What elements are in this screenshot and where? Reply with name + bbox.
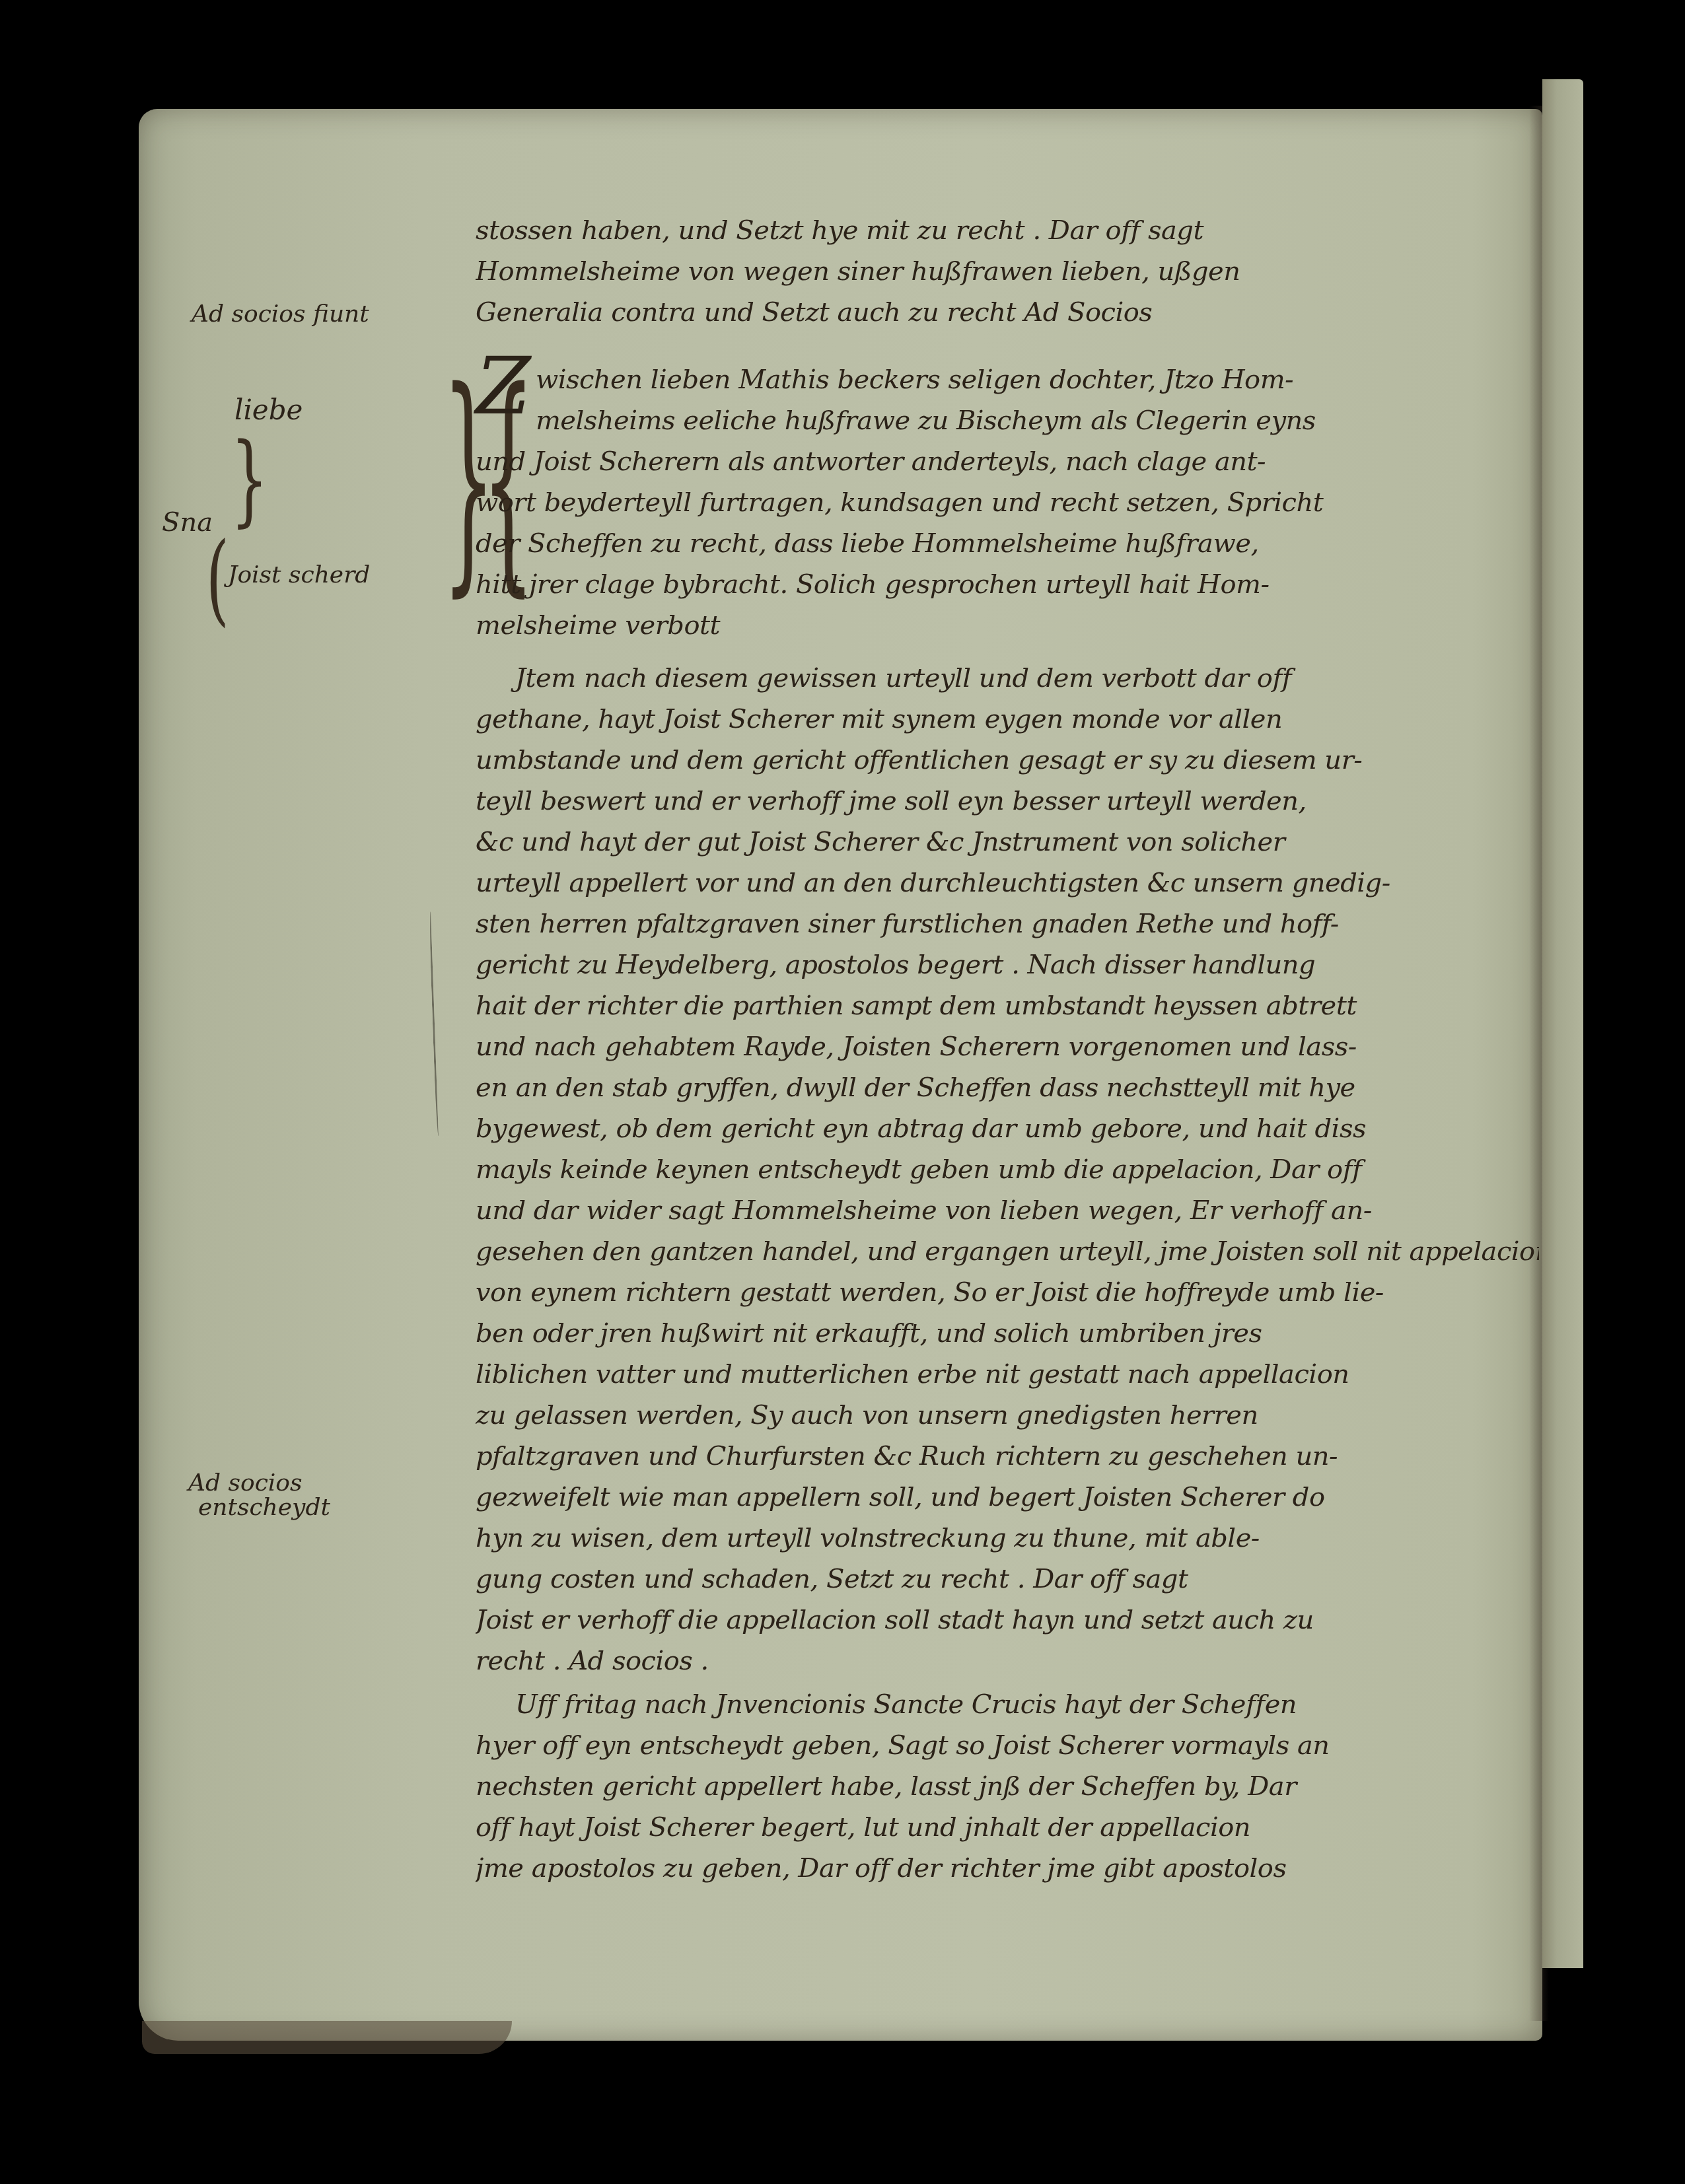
text-line: gesehen den gantzen handel, und ergangen… — [476, 1231, 1539, 1272]
text-line: bygewest, ob dem gericht eyn abtrag dar … — [476, 1108, 1539, 1149]
text-line: wischen lieben Mathis beckers seligen do… — [536, 359, 1539, 400]
text-line: teyll beswert und er verhoff jme soll ey… — [476, 781, 1539, 822]
text-line: sten herren pfaltzgraven siner furstlich… — [476, 903, 1539, 944]
text-line: gericht zu Heydelberg, apostolos begert … — [476, 944, 1539, 985]
margin-note-entscheydt: entscheydt — [198, 1494, 330, 1522]
text-line: melsheims eeliche hußfrawe zu Bischeym a… — [536, 400, 1539, 441]
paragraph-3: Jtem nach diesem gewissen urteyll und de… — [476, 658, 1539, 1681]
text-line: gung costen und schaden, Setzt zu recht … — [476, 1559, 1539, 1600]
margin-note-joist-scherd: Joist scherd — [228, 561, 370, 589]
text-line: pfaltzgraven und Churfursten &c Ruch ric… — [476, 1436, 1539, 1477]
text-line: off hayt Joist Scherer begert, lut und j… — [476, 1807, 1539, 1848]
margin-note-sna: Sna — [162, 509, 213, 536]
text-line: Hommelsheime von wegen siner hußfrawen l… — [476, 251, 1539, 292]
text-line: hait der richter die parthien sampt dem … — [476, 985, 1539, 1026]
text-line: umbstande und dem gericht offentlichen g… — [476, 740, 1539, 781]
paragraph-2: Z wischen lieben Mathis beckers seligen … — [476, 359, 1539, 646]
text-line: Joist er verhoff die appellacion soll st… — [476, 1600, 1539, 1640]
decorated-initial: Z — [476, 367, 530, 407]
text-line: nechsten gericht appellert habe, lasst j… — [476, 1766, 1539, 1807]
main-text: stossen haben, und Setzt hye mit zu rech… — [476, 198, 1539, 1889]
brace-icon: } — [231, 423, 268, 538]
text-line: zu gelassen werden, Sy auch von unsern g… — [476, 1395, 1539, 1436]
text-line: stossen haben, und Setzt hye mit zu rech… — [476, 210, 1539, 251]
text-line: Uff fritag nach Jnvencionis Sancte Cruci… — [476, 1684, 1539, 1725]
text-line: urteyll appellert vor und an den durchle… — [476, 863, 1539, 903]
text-line: Jtem nach diesem gewissen urteyll und de… — [476, 658, 1539, 699]
brace-icon: ( — [206, 522, 229, 637]
text-line: en an den stab gryffen, dwyll der Scheff… — [476, 1067, 1539, 1108]
text-line: und dar wider sagt Hommelsheime von lieb… — [476, 1190, 1539, 1231]
text-line: recht . Ad socios . — [476, 1640, 1539, 1681]
text-line: hyn zu wisen, dem urteyll volnstreckung … — [476, 1518, 1539, 1559]
text-line: hitt jrer clage bybracht. Solich gesproc… — [476, 564, 1539, 605]
text-line: &c und hayt der gut Joist Scherer &c Jns… — [476, 822, 1539, 863]
facing-page-edge — [1542, 79, 1583, 1968]
text-line: und Joist Scherern als antworter anderte… — [476, 441, 1539, 482]
text-line: von eynem richtern gestatt werden, So er… — [476, 1272, 1539, 1313]
text-line: hyer off eyn entscheydt geben, Sagt so J… — [476, 1725, 1539, 1766]
margin-note-ad-socios-fiunt: Ad socios fiunt — [192, 300, 369, 328]
text-line: gezweifelt wie man appellern soll, und b… — [476, 1477, 1539, 1518]
text-line: gethane, hayt Joist Scherer mit synem ey… — [476, 699, 1539, 740]
text-line: melsheime verbott — [476, 605, 1539, 646]
text-line: und nach gehabtem Rayde, Joisten Scherer… — [476, 1026, 1539, 1067]
margin-note-ad-socios: Ad socios — [188, 1469, 302, 1497]
text-line: der Scheffen zu recht, dass liebe Hommel… — [476, 523, 1539, 564]
text-line: liblichen vatter und mutterlichen erbe n… — [476, 1354, 1539, 1395]
text-line: ben oder jren hußwirt nit erkaufft, und … — [476, 1313, 1539, 1354]
text-line: mayls keinde keynen entscheydt geben umb… — [476, 1149, 1539, 1190]
paragraph-4: Uff fritag nach Jnvencionis Sancte Cruci… — [476, 1684, 1539, 1889]
text-line: wort beyderteyll furtragen, kundsagen un… — [476, 482, 1539, 523]
page-damage-bottom-left — [142, 2021, 512, 2054]
text-line: Generalia contra und Setzt auch zu recht… — [476, 292, 1539, 333]
margin-note-liebe: liebe — [234, 396, 303, 424]
text-line: jme apostolos zu geben, Dar off der rich… — [476, 1848, 1539, 1889]
paragraph-1: stossen haben, und Setzt hye mit zu rech… — [476, 210, 1539, 333]
